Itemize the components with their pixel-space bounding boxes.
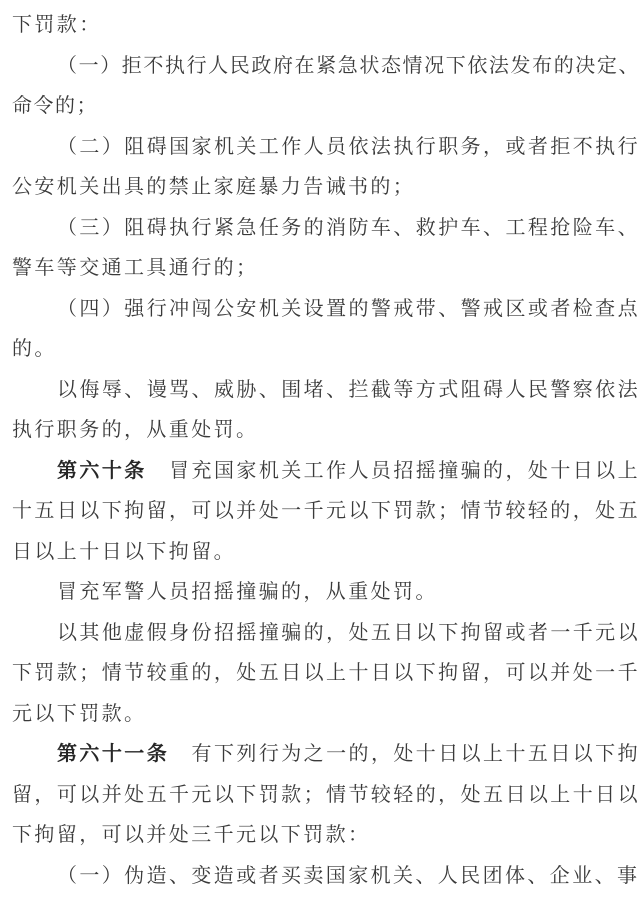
paragraph-text: 冒充军警人员招摇撞骗的，从重处罚。 [57, 581, 438, 603]
paragraph: （二）阻碍国家机关工作人员依法执行职务，或者拒不执行公安机关出具的禁止家庭暴力告… [12, 127, 640, 208]
paragraph-text: 以侮辱、谩骂、威胁、围堵、拦截等方式阻碍人民警察依法执行职务的，从重处罚。 [12, 379, 640, 442]
paragraph-text: （三）阻碍执行紧急任务的消防车、救护车、工程抢险车、警车等交通工具通行的； [12, 217, 640, 280]
paragraph: 以其他虚假身份招摇撞骗的，处五日以下拘留或者一千元以下罚款；情节较重的，处五日以… [12, 613, 640, 735]
article-paragraph: 第六十一条 有下列行为之一的，处十日以上十五日以下拘留，可以并处五千元以下罚款；… [12, 734, 640, 856]
paragraph-text: （二）阻碍国家机关工作人员依法执行职务，或者拒不执行公安机关出具的禁止家庭暴力告… [12, 136, 640, 199]
paragraph: （一）伪造、变造或者买卖国家机关、人民团体、企业、事 [12, 856, 640, 897]
paragraph: （三）阻碍执行紧急任务的消防车、救护车、工程抢险车、警车等交通工具通行的； [12, 208, 640, 289]
paragraph: 以侮辱、谩骂、威胁、围堵、拦截等方式阻碍人民警察依法执行职务的，从重处罚。 [12, 370, 640, 451]
paragraph-text: （一）拒不执行人民政府在紧急状态情况下依法发布的决定、命令的； [12, 55, 640, 118]
paragraph: 冒充军警人员招摇撞骗的，从重处罚。 [12, 572, 640, 613]
paragraph: 下罚款： [12, 5, 640, 46]
paragraph: （四）强行冲闯公安机关设置的警戒带、警戒区或者检查点的。 [12, 289, 640, 370]
paragraph: （一）拒不执行人民政府在紧急状态情况下依法发布的决定、命令的； [12, 46, 640, 127]
paragraph-text: 以其他虚假身份招摇撞骗的，处五日以下拘留或者一千元以下罚款；情节较重的，处五日以… [12, 622, 640, 725]
paragraph-text: （一）伪造、变造或者买卖国家机关、人民团体、企业、事 [57, 865, 639, 887]
paragraph-text: 下罚款： [12, 14, 102, 36]
law-document-page: 下罚款：（一）拒不执行人民政府在紧急状态情况下依法发布的决定、命令的；（二）阻碍… [0, 0, 640, 897]
article-number: 第六十一条 [57, 743, 169, 765]
paragraph-text: （四）强行冲闯公安机关设置的警戒带、警戒区或者检查点的。 [12, 298, 640, 361]
article-paragraph: 第六十条 冒充国家机关工作人员招摇撞骗的，处十日以上十五日以下拘留，可以并处一千… [12, 451, 640, 573]
article-number: 第六十条 [57, 460, 147, 482]
document-text: 下罚款：（一）拒不执行人民政府在紧急状态情况下依法发布的决定、命令的；（二）阻碍… [12, 5, 640, 896]
